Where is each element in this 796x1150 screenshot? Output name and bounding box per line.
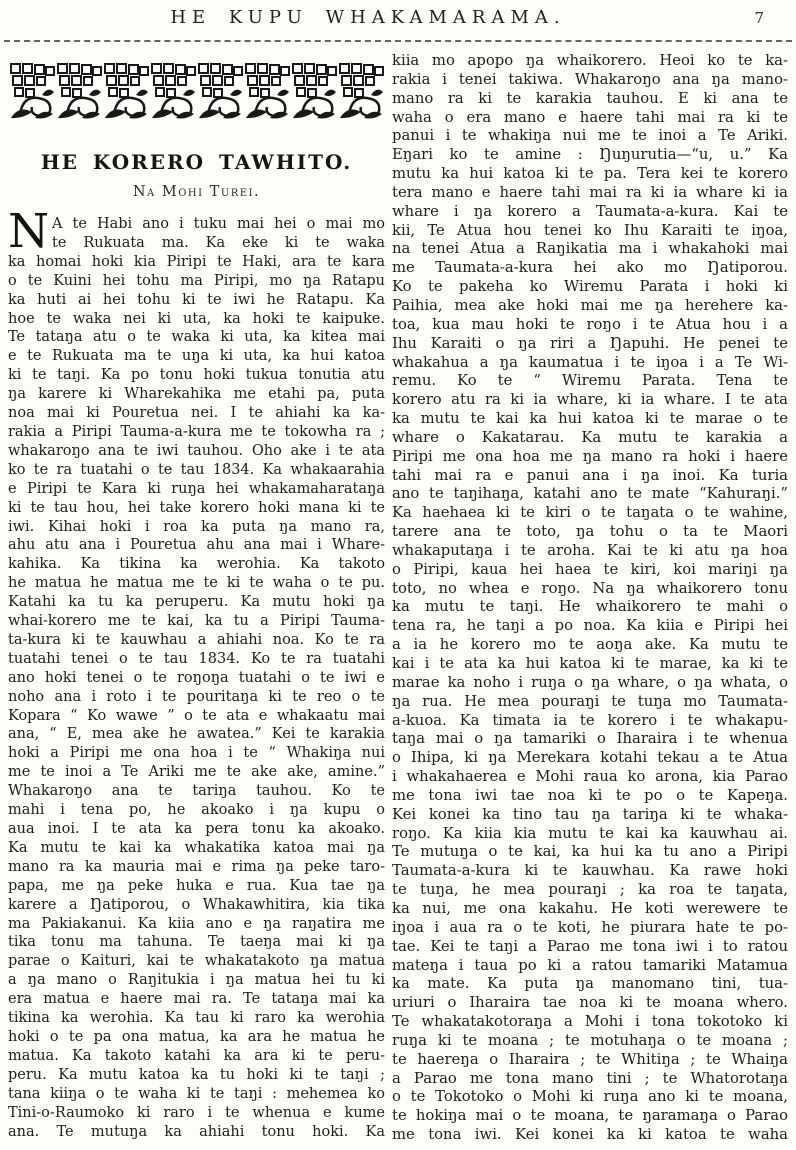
text-line: a ŋa mano o Raŋitukia i ŋa matua hei tu … xyxy=(8,971,385,990)
text-line: te Rukuata ma. Ka eke ki te waka xyxy=(8,234,385,253)
text-line: tuatahi tenei o te tau 1834. Ko te ra tu… xyxy=(8,650,385,669)
text-line: Taumata-a-kura ki te kauwhau. Ka rawe ho… xyxy=(392,862,788,881)
text-line: ana, “ E, mea ake he awatea.” Kei te kar… xyxy=(8,725,385,744)
text-line: tahi mai ra e panui ana i ŋa inoi. Ka tu… xyxy=(392,467,788,486)
text-line: kai i te ata ka hui katoa ki te marae, k… xyxy=(392,655,788,674)
text-line: ka mate. Ka puta ŋa manomano tini, tua- xyxy=(392,975,788,994)
text-line: matua. Ka takoto katahi ka ara ki te per… xyxy=(8,1047,385,1066)
text-line: tae. Kei te taŋi a Parao me tona iwi i t… xyxy=(392,938,788,957)
text-line: Ka mutu te kai ka whakatika katoa mai ŋa xyxy=(8,839,385,858)
text-line: ruŋa ki te moana ; te motuhaŋa o te moan… xyxy=(392,1032,788,1051)
text-line: Te whakatakotoraŋa a Mohi i tona tokotok… xyxy=(392,1013,788,1032)
text-line: Te tataŋa atu o te waka ki uta, ka kitea… xyxy=(8,328,385,347)
text-line: iŋoa i aua ra o te koti, he piurara hate… xyxy=(392,919,788,938)
drop-cap: N xyxy=(8,212,49,252)
text-line: taŋa mai o ŋa tamariki o Iharaira i te w… xyxy=(392,730,788,749)
text-line: o Piripi, kaua hei haea te kiri, koi mar… xyxy=(392,561,788,580)
text-line: Whakaroŋo ana te tariŋa tauhou. Ko te xyxy=(8,782,385,801)
text-line: peru. Ka mutu katoa ka tu hoki ki te taŋ… xyxy=(8,1066,385,1085)
text-line: kiia mo apopo ŋa whaikorero. Heoi ko te … xyxy=(392,52,788,71)
text-line: toa, kua mau hoki te roŋo i te Atua hou … xyxy=(392,316,788,335)
text-line: mateŋa i taua po ki a ratou tamariki Mat… xyxy=(392,957,788,976)
text-line: papa, me ŋa peke huka e rua. Kua tae ŋa xyxy=(8,877,385,896)
text-line: ano te taŋihaŋa, katahi ano te mate “Kah… xyxy=(392,485,788,504)
text-line: mano ra ka mauria mai e rima ŋa peke tar… xyxy=(8,858,385,877)
text-line: Katahi ka tu ka peruperu. Ka mutu hoki ŋ… xyxy=(8,593,385,612)
text-line: whai-korero me te kai, ka tu a Piripi Ta… xyxy=(8,612,385,631)
text-line: Ihu Karaiti o ŋa riri a Ŋapuhi. He penei… xyxy=(392,335,788,354)
text-line: Eŋari ko te amine : Ŋuŋurutia—“u, u.” Ka xyxy=(392,146,788,165)
text-line: ki te taŋi. Ka po tonu hoki tukua tonuti… xyxy=(8,366,385,385)
text-line: noa mai ki Pouretua nei. I te ahiahi ka … xyxy=(8,404,385,423)
text-line: ta-kura ki te kauwhau a ahiahi noa. Ko t… xyxy=(8,631,385,650)
text-line: ka mutu te kai ka hui katoa ki te marae … xyxy=(392,410,788,429)
right-column: kiia mo apopo ŋa whaikorero. Heoi ko te … xyxy=(392,52,788,1145)
text-line: roŋo. Ka kiia kia mutu te kai ka kauwhau… xyxy=(392,825,788,844)
text-line: rakia i tenei takiwa. Whakaroŋo ana ŋa m… xyxy=(392,71,788,90)
text-line: ka nui, me ona kakahu. He koti werewere … xyxy=(392,900,788,919)
text-line: te haereŋa o Iharaira ; te Whitiŋa ; te … xyxy=(392,1051,788,1070)
text-line: i whakahaerea e Mohi raua ko arona, kia … xyxy=(392,768,788,787)
text-line: kii, Te Atua hou tenei ko Ihu Karaiti te… xyxy=(392,222,788,241)
header-rule xyxy=(4,40,792,42)
text-line: aua inoi. I te ata ka pera tonu ka akoak… xyxy=(8,820,385,839)
text-line: mahi i tena po, he akoako i ŋa kupu o xyxy=(8,801,385,820)
text-line: tera mano e haere tahi mai ra ki ia whar… xyxy=(392,184,788,203)
text-line: toto, no whea e roŋo. Na ŋa whaikorero t… xyxy=(392,580,788,599)
text-line: karere a Ŋatiporou, o Whakawhitira, kia … xyxy=(8,896,385,915)
text-line: ŋa karere ki Wharekahika me etahi pa, pu… xyxy=(8,385,385,404)
text-line: hoe te waka nei ki uta, ka hoki te kaipu… xyxy=(8,310,385,329)
text-line: whakahua a ŋa kaumatua i te iŋoa i a Te … xyxy=(392,354,788,373)
text-line: mutu ka hui katoa ki te pa. Tera kei te … xyxy=(392,165,788,184)
text-line: e Piripi te Kara ki ruŋa hei whakamahara… xyxy=(8,480,385,499)
text-line: a Parao me tona mano tini ; te Whatorota… xyxy=(392,1070,788,1089)
text-line: marae ka noho i ruŋa o ŋa whare, o ŋa wh… xyxy=(392,674,788,693)
text-line: tarere ana te toto, ŋa tohu o ta te Maor… xyxy=(392,523,788,542)
text-line: a ia he korero mo te aoŋa ake. Ka mutu t… xyxy=(392,636,788,655)
text-line: Paihia, mea ake hoki mai me ŋa herehere … xyxy=(392,297,788,316)
text-line: Ko te pakeha ko Wiremu Parata i hoki ki xyxy=(392,278,788,297)
left-column-lines: A te Habi ano i tuku mai hei o mai mote … xyxy=(8,215,385,1141)
text-line: ko te ra tuatahi o te tau 1834. Ka whaka… xyxy=(8,461,385,480)
text-line: rakia a Piripi Tauma-a-kura me te tokowh… xyxy=(8,423,385,442)
text-line: ŋa rua. He mea pouraŋi te tuŋa mo Taumat… xyxy=(392,693,788,712)
text-line: iwi. Kihai hoki i roa ka puta ŋa mano ra… xyxy=(8,518,385,537)
woodcut-ornament-band xyxy=(8,62,385,120)
article-title: HE KORERO TAWHITO. xyxy=(8,150,385,174)
text-line: tena ra, he taŋi a po noa. Ka kiia e Pir… xyxy=(392,617,788,636)
text-line: na tenei Atua a Raŋikatia ma i whakahoki… xyxy=(392,240,788,259)
text-line: ka mutu te taŋi. He whaikorero te mahi o xyxy=(392,598,788,617)
text-line: uriuri o Iharaira tae noa ki te moana wh… xyxy=(392,994,788,1013)
text-line: o Ihipa, ki ŋa Merekara kotahi tekau a t… xyxy=(392,749,788,768)
scanned-page: HE KUPU WHAKAMARAMA. 7 xyxy=(0,0,796,1150)
text-line: hoki a Piripi me ona hoa i te “ Whakiŋa … xyxy=(8,744,385,763)
text-line: waha o era mano e haere tahi mai ra ki t… xyxy=(392,109,788,128)
text-line: ki te tau hou, hei take korero hoki mana… xyxy=(8,499,385,518)
text-line: hoki o te pa ona matua, ka ara he matua … xyxy=(8,1028,385,1047)
text-line: whakaroŋo ana te iwi tauhou. Oho ake i t… xyxy=(8,442,385,461)
article-byline: Na Mohi Turei. xyxy=(8,184,385,200)
text-line: me Taumata-a-kura hei ako mo Ŋatiporou. xyxy=(392,259,788,278)
text-line: ka huti ai hei tohu ki te iwi he Ratapu.… xyxy=(8,291,385,310)
text-line: me tona iwi. Kei konei ka ki katoa te wa… xyxy=(392,1126,788,1145)
text-line: o te Kuini hei tohu ma Piripi, mo ŋa Rat… xyxy=(8,272,385,291)
text-line: te hokiŋa mai o te moana, te ŋaramaŋa o … xyxy=(392,1107,788,1126)
text-line: A te Habi ano i tuku mai hei o mai mo xyxy=(8,215,385,234)
text-line: Kei konei ka tino tau ŋa tariŋa ki te wh… xyxy=(392,806,788,825)
text-line: he matua he matua me te ki te waha o te … xyxy=(8,574,385,593)
text-line: Piripi me ona hoa me ŋa mano ra hoki i h… xyxy=(392,448,788,467)
text-line: kahika. Ka tikina ka werohia. Ka takoto xyxy=(8,555,385,574)
text-line: te tuŋa, he mea pouraŋi ; ka roa te taŋa… xyxy=(392,881,788,900)
page-number: 7 xyxy=(754,9,764,27)
text-line: tika tonu ma tahuna. Te taeŋa mai ki ŋa xyxy=(8,933,385,952)
text-line: noho ana i roto i te pouritaŋa ki te reo… xyxy=(8,688,385,707)
text-line: Kopara “ Ko wawe ” o te ata e whakaatu m… xyxy=(8,707,385,726)
right-column-lines: kiia mo apopo ŋa whaikorero. Heoi ko te … xyxy=(392,52,788,1145)
text-line: o te Tokotoko o Mohi ki ruŋa ano ki te m… xyxy=(392,1088,788,1107)
text-line: ana. Te mutuŋa ka ahiahi tonu hoki. Ka xyxy=(8,1123,385,1142)
text-line: ahu atu ana i Pouretua ahu ana mai i Wha… xyxy=(8,536,385,555)
text-line: Te mutuŋa o te kai, ka hui ka tu ano a P… xyxy=(392,843,788,862)
left-column: HE KORERO TAWHITO. Na Mohi Turei. N A te… xyxy=(8,62,385,1141)
text-line: remu. Ko te “ Wiremu Parata. Tena te xyxy=(392,372,788,391)
text-line: e te Rukuata ma te uŋa ki uta, ka hui ka… xyxy=(8,347,385,366)
text-line: whare i ŋa korero a Taumata-a-kura. Kai … xyxy=(392,203,788,222)
article-body-left: N A te Habi ano i tuku mai hei o mai mot… xyxy=(8,215,385,1141)
text-line: me te inoi a Te Ariki me te ake ake, ami… xyxy=(8,763,385,782)
text-line: Ka haehaea ki te kiri o te taŋata o te w… xyxy=(392,504,788,523)
text-line: tikina ka werohia. Ka tau ki raro ka wer… xyxy=(8,1009,385,1028)
text-line: ka homai hoki kia Piripi te Haki, ara te… xyxy=(8,253,385,272)
page-header: HE KUPU WHAKAMARAMA. 7 xyxy=(0,4,796,36)
text-line: ano hoki tenei o te roŋoŋa tuatahi o te … xyxy=(8,669,385,688)
text-line: panui i te whakiŋa nui me te inoi a Te A… xyxy=(392,127,788,146)
text-line: whakaputaŋa i te aroha. Kai te ki atu ŋa… xyxy=(392,542,788,561)
text-line: korero atu ra ki ia whare, ki ia whare. … xyxy=(392,391,788,410)
text-line: tana kiiŋa o te waha ki te taŋi : meheme… xyxy=(8,1085,385,1104)
text-line: a-kuoa. Ka timata ia te korero i te whak… xyxy=(392,712,788,731)
text-line: me tona iwi tae noa ki te po o te Kapeŋa… xyxy=(392,787,788,806)
text-line: Tini-o-Raumoko ki raro i te whenua e kum… xyxy=(8,1104,385,1123)
publication-title: HE KUPU WHAKAMARAMA. xyxy=(0,7,736,28)
text-line: ma Pakiakanui. Ka kiia ano e ŋa raŋatira… xyxy=(8,915,385,934)
text-line: era matua e haere mai ra. Te tataŋa mai … xyxy=(8,990,385,1009)
fleuron-pattern-svg xyxy=(8,62,385,120)
text-line: whare o Kakatarau. Ka mutu te karakia a xyxy=(392,429,788,448)
text-line: parae o Kaituri, kai te whakatakoto ŋa m… xyxy=(8,952,385,971)
text-line: mano ra ki te karakia tauhou. E ki ana t… xyxy=(392,90,788,109)
